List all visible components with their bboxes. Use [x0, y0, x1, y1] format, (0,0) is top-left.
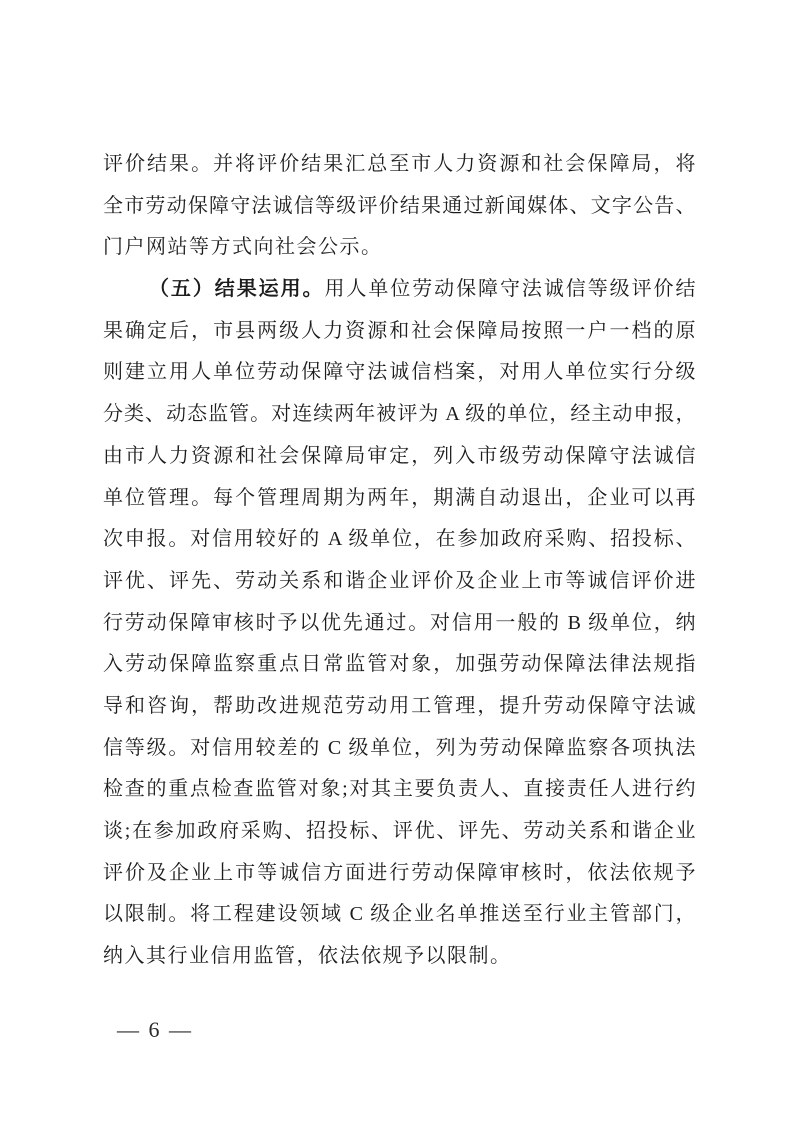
text-line: 由市人力资源和社会保障局审定，列入市级劳动保障守法诚信: [103, 436, 696, 478]
text-line: 则建立用人单位劳动保障守法诚信档案，对用人单位实行分级: [103, 352, 696, 394]
text-line: 评价结果。并将评价结果汇总至市人力资源和社会保障局，将: [103, 144, 696, 186]
text-line: 入劳动保障监察重点日常监管对象，加强劳动保障法律法规指: [103, 644, 696, 686]
text-line: 检查的重点检查监管对象;对其主要负责人、直接责任人进行约: [103, 769, 696, 811]
text-line: 信等级。对信用较差的 C 级单位，列为劳动保障监察各项执法: [103, 728, 696, 770]
text-line: 以限制。将工程建设领域 C 级企业名单推送至行业主管部门，: [103, 894, 696, 936]
text-line: 门户网站等方式向社会公示。: [103, 227, 696, 269]
body-text: 评价结果。并将评价结果汇总至市人力资源和社会保障局，将 全市劳动保障守法诚信等级…: [103, 144, 696, 978]
text-line: 纳入其行业信用监管，依法依规予以限制。: [103, 936, 696, 978]
page-number: — 6 —: [117, 1017, 193, 1043]
text-line: 分类、动态监管。对连续两年被评为 A 级的单位，经主动申报，: [103, 394, 696, 436]
text-line: 行劳动保障审核时予以优先通过。对信用一般的 B 级单位，纳: [103, 603, 696, 645]
text-line: 全市劳动保障守法诚信等级评价结果通过新闻媒体、文字公告、: [103, 186, 696, 228]
document-page: 评价结果。并将评价结果汇总至市人力资源和社会保障局，将 全市劳动保障守法诚信等级…: [0, 0, 793, 1122]
text-line: 单位管理。每个管理周期为两年，期满自动退出，企业可以再: [103, 478, 696, 520]
text-line: 评优、评先、劳动关系和谐企业评价及企业上市等诚信评价进: [103, 561, 696, 603]
text-line: 次申报。对信用较好的 A 级单位，在参加政府采购、招投标、: [103, 519, 696, 561]
text-line: 果确定后，市县两级人力资源和社会保障局按照一户一档的原: [103, 311, 696, 353]
section-heading: （五）结果运用。: [149, 278, 325, 300]
text-line: 谈;在参加政府采购、招投标、评优、评先、劳动关系和谐企业: [103, 811, 696, 853]
text-line: 导和咨询，帮助改进规范劳动用工管理，提升劳动保障守法诚: [103, 686, 696, 728]
section-heading-continuation: 用人单位劳动保障守法诚信等级评价结: [325, 278, 697, 300]
text-line: 评价及企业上市等诚信方面进行劳动保障审核时，依法依规予: [103, 853, 696, 895]
text-line: （五）结果运用。用人单位劳动保障守法诚信等级评价结: [103, 269, 696, 311]
